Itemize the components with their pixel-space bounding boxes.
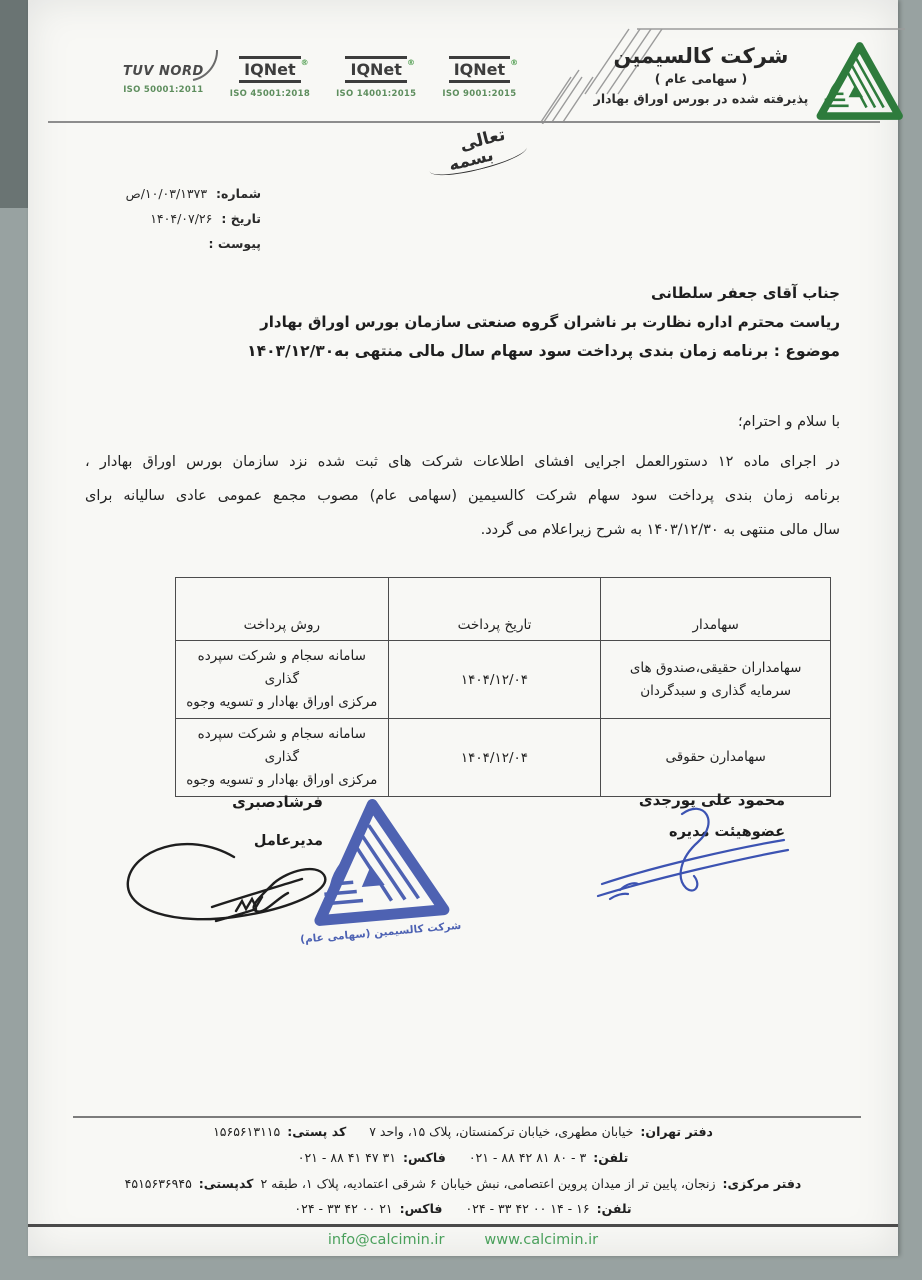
cell-payment-method: سامانه سجام و شرکت سپرده گذاری مرکزی اور… [176,641,389,719]
subject-line: موضوع : برنامه زمان بندی پرداخت سود سهام… [85,342,840,360]
letter-number-row: شماره: ۱۰/۰۳/۱۳۷۳/ص [116,186,261,201]
signature-ink-right [586,800,791,905]
table-row: سهامداران حقیقی،صندوق های سرمایه گذاری و… [176,641,831,719]
letter-page: TUV NORD ISO 50001:2011 IQNet® ISO 45001… [28,0,898,1256]
registered-mark-icon: ® [301,53,309,72]
date-value: ۱۴۰۴/۰۷/۲۶ [150,211,212,226]
signature-ink-left [116,823,351,935]
cell-payment-date: ۱۴۰۴/۱۲/۰۴ [388,719,601,797]
scan-edge-shadow [0,0,30,208]
footer-divider-heavy [28,1224,898,1227]
cell-payment-date: ۱۴۰۴/۱۲/۰۴ [388,641,601,719]
iqnet-logo-text: IQNet [454,60,505,79]
zanjan-postal-code: ۴۵۱۵۶۳۶۹۴۵ [125,1176,192,1191]
zanjan-office-address: زنجان، پایین تر از میدان پروین اعتصامی، … [260,1176,715,1191]
letter-attachment-row: پیوست : [116,236,261,251]
iqnet-certification-2: IQNet® ISO 14001:2015 [336,56,416,99]
zanjan-fax-label: فاکس: [400,1201,443,1216]
footer-tehran-address: دفتر تهران: خیابان مطهری، خیابان ترکمنست… [68,1124,858,1139]
company-name-block: شرکت کالسیمین ( سهامی عام ) پذیرفته شده … [591,44,811,106]
iso-9001-label: ISO 9001:2015 [442,89,516,99]
footer-zanjan-address: دفتر مرکزی: زنجان، پایین تر از میدان پرو… [68,1176,858,1191]
iqnet-logo: IQNet® [449,56,510,83]
certification-row: TUV NORD ISO 50001:2011 IQNet® ISO 45001… [123,56,523,99]
website-url: www.calcimin.ir [484,1232,598,1248]
recipient-title: ریاست محترم اداره نظارت بر ناشران گروه ص… [85,313,840,331]
tehran-fax-label: فاکس: [403,1150,446,1165]
tehran-office-label: دفتر تهران: [640,1124,713,1139]
company-listed-note: پذیرفته شده در بورس اوراق بهادار [591,91,811,106]
body-line-2: برنامه زمان بندی پرداخت سود سهام شرکت کا… [85,479,840,513]
recipient-block: جناب آقای جعفر سلطانی ریاست محترم اداره … [85,284,840,371]
iqnet-certification-1: IQNet® ISO 45001:2018 [230,56,310,99]
iqnet-logo: IQNet® [345,56,406,83]
col-shareholder: سهامدار [601,578,831,641]
iso-45001-label: ISO 45001:2018 [230,89,310,99]
iqnet-logo-text: IQNet [350,60,401,79]
body-paragraph: در اجرای ماده ۱۲ دستورالعمل اجرایی افشای… [85,445,840,547]
iso-50001-label: ISO 50001:2011 [123,85,204,95]
tuv-nord-certification: TUV NORD ISO 50001:2011 [123,56,204,95]
body-line-1: در اجرای ماده ۱۲ دستورالعمل اجرایی افشای… [85,445,840,479]
zanjan-office-label: دفتر مرکزی: [723,1176,802,1191]
scanned-letter-screenshot: { "header": { "certifications": [ {"logo… [0,0,922,1280]
footer-contact-links: info@calcimin.ir www.calcimin.ir [68,1232,858,1248]
calcimin-logo [811,38,905,124]
number-value: ۱۰/۰۳/۱۳۷۳/ص [126,186,207,201]
iso-14001-label: ISO 14001:2015 [336,89,416,99]
email-address: info@calcimin.ir [328,1232,445,1248]
tehran-office-address: خیابان مطهری، خیابان ترکمنستان، پلاک ۱۵،… [369,1124,633,1139]
company-name: شرکت کالسیمین [591,44,811,68]
table-header-row: سهامدار تاریخ پرداخت روش پرداخت [176,578,831,641]
dividend-schedule-table: سهامدار تاریخ پرداخت روش پرداخت سهامدارا… [175,577,831,797]
company-letterhead: شرکت کالسیمین ( سهامی عام ) پذیرفته شده … [533,22,905,124]
tehran-postal-code: ۱۵۶۵۶۱۳۱۱۵ [213,1124,280,1139]
col-payment-method: روش پرداخت [176,578,389,641]
cell-shareholder: سهامدارن حقوقی [601,719,831,797]
tehran-postal-label: کد پستی: [287,1124,346,1139]
footer-divider-thin [73,1116,861,1118]
zanjan-postal-label: کدپستی: [199,1176,254,1191]
tehran-fax-number: ۰۲۱ - ۸۸ ۴۱ ۴۷ ۳۱ [298,1150,396,1165]
zanjan-fax-number: ۰۲۴ - ۳۳ ۴۲ ۰۰ ۲۱ [294,1201,392,1216]
bismillah-calligraphy: تعالی بسمه [423,120,529,181]
footer-zanjan-phones: تلفن: ۰۲۴ - ۳۳ ۴۲ ۰۰ ۱۴ - ۱۶ فاکس: ۰۲۴ -… [68,1201,858,1216]
zanjan-phone-label: تلفن: [597,1201,632,1216]
iqnet-logo: IQNet® [239,56,300,83]
header-divider-line [48,121,880,123]
footer-tehran-phones: تلفن: ۰۲۱ - ۸۸ ۴۲ ۸۱ ۸۰ - ۳ فاکس: ۰۲۱ - … [68,1150,858,1165]
tuv-nord-logo: TUV NORD [123,56,204,79]
salutation: با سلام و احترام؛ [85,414,840,430]
iqnet-certification-3: IQNet® ISO 9001:2015 [442,56,516,99]
zanjan-phone-number: ۰۲۴ - ۳۳ ۴۲ ۰۰ ۱۴ - ۱۶ [465,1201,589,1216]
table-row: سهامدارن حقوقی ۱۴۰۴/۱۲/۰۴ سامانه سجام و … [176,719,831,797]
registered-mark-icon: ® [407,53,415,72]
attachment-label: پیوست : [208,236,261,251]
cell-payment-method: سامانه سجام و شرکت سپرده گذاری مرکزی اور… [176,719,389,797]
col-payment-date: تاریخ پرداخت [388,578,601,641]
cell-shareholder: سهامداران حقیقی،صندوق های سرمایه گذاری و… [601,641,831,719]
iqnet-logo-text: IQNet [244,60,295,79]
body-line-3: سال مالی منتهی به ۱۴۰۳/۱۲/۳۰ به شرح زیرا… [85,513,840,547]
date-label: تاریخ : [221,211,261,226]
number-label: شماره: [216,186,261,201]
company-type: ( سهامی عام ) [591,71,811,86]
recipient-name: جناب آقای جعفر سلطانی [85,284,840,302]
tehran-phone-number: ۰۲۱ - ۸۸ ۴۲ ۸۱ ۸۰ - ۳ [469,1150,586,1165]
tuv-arc-icon [190,48,220,82]
letter-meta-block: شماره: ۱۰/۰۳/۱۳۷۳/ص تاریخ : ۱۴۰۴/۰۷/۲۶ پ… [116,186,261,261]
letter-date-row: تاریخ : ۱۴۰۴/۰۷/۲۶ [116,211,261,226]
tehran-phone-label: تلفن: [593,1150,628,1165]
registered-mark-icon: ® [510,53,518,72]
